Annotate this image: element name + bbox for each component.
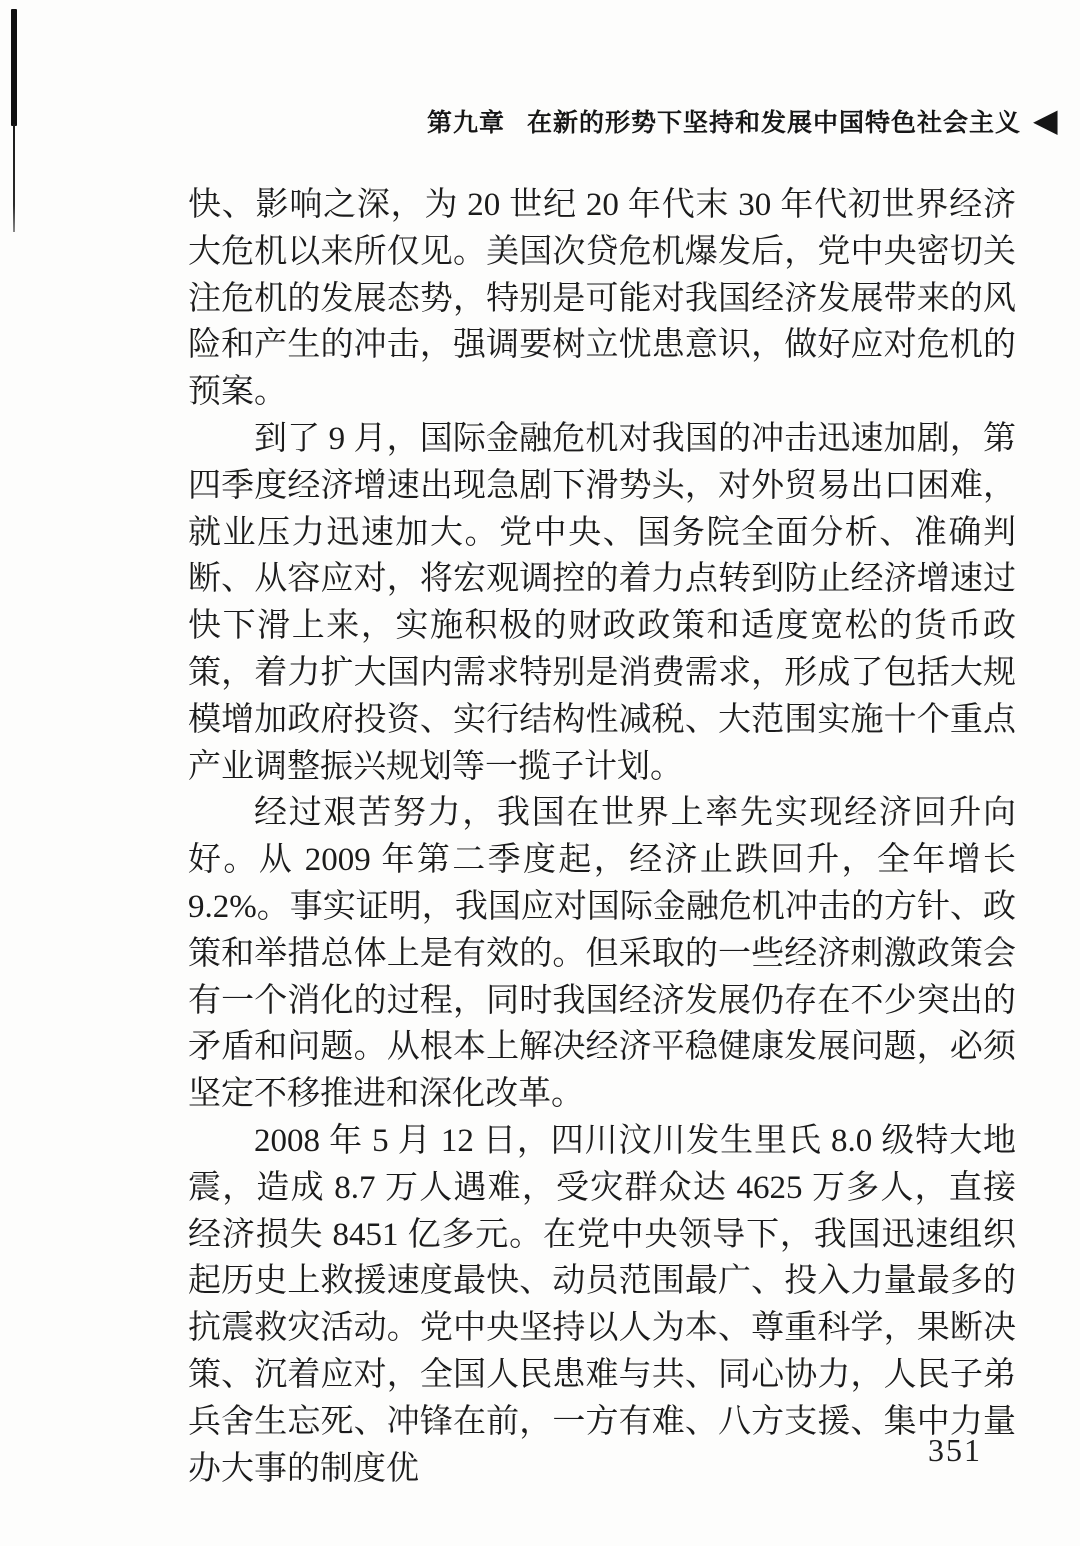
- paragraph: 2008 年 5 月 12 日，四川汶川发生里氏 8.0 级特大地震，造成 8.…: [188, 1118, 1016, 1492]
- chapter-number: 第九章: [427, 103, 505, 139]
- book-page: 第九章 在新的形势下坚持和发展中国特色社会主义 ◀ 快、影响之深，为 20 世纪…: [0, 0, 1080, 1546]
- left-triangle-icon: ◀: [1033, 104, 1058, 136]
- paragraph: 经过艰苦努力，我国在世界上率先实现经济回升向好。从 2009 年第二季度起，经济…: [188, 790, 1016, 1118]
- page-number: 351: [928, 1432, 982, 1469]
- running-head: 第九章 在新的形势下坚持和发展中国特色社会主义 ◀: [427, 103, 1022, 139]
- paragraph-continuation: 快、影响之深，为 20 世纪 20 年代末 30 年代初世界经济大危机以来所仅见…: [188, 182, 1016, 416]
- scan-artifact-thick-bar: [11, 9, 17, 126]
- paragraph: 到了 9 月，国际金融危机对我国的冲击迅速加剧，第四季度经济增速出现急剧下滑势头…: [188, 416, 1016, 790]
- chapter-title: 在新的形势下坚持和发展中国特色社会主义: [527, 103, 1021, 139]
- body-text-column: 快、影响之深，为 20 世纪 20 年代末 30 年代初世界经济大危机以来所仅见…: [188, 182, 1016, 1492]
- scan-artifact-thin-line: [13, 124, 15, 232]
